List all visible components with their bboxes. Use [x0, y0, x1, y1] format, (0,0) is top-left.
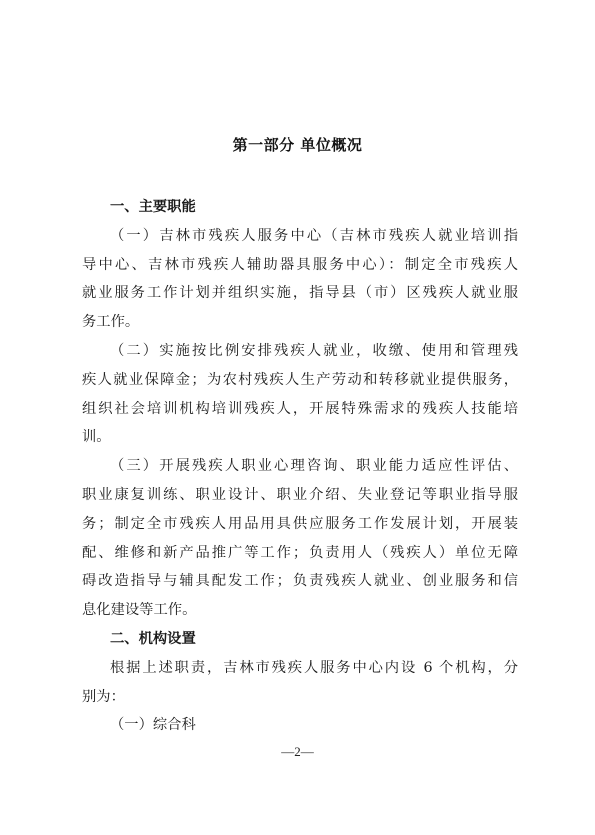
page-title: 第一部分 单位概况: [0, 134, 595, 155]
paragraph-line: 就业服务工作计划并组织实施，指导县（市）区残疾人就业服: [82, 279, 518, 308]
paragraph-line: 别为：: [82, 683, 518, 712]
paragraph-line: （三）开展残疾人职业心理咨询、职业能力适应性评估、: [82, 452, 518, 481]
paragraph-line: 疾人就业保障金；为农村残疾人生产劳动和转移就业提供服务，: [82, 366, 518, 395]
document-body: 一、主要职能 （一）吉林市残疾人服务中心（吉林市残疾人就业培训指 导中心、吉林市…: [82, 193, 518, 740]
paragraph-line: 碍改造指导与辅具配发工作；负责残疾人就业、创业服务和信: [82, 567, 518, 596]
section-heading-main-functions: 一、主要职能: [82, 193, 518, 222]
document-page: 第一部分 单位概况 一、主要职能 （一）吉林市残疾人服务中心（吉林市残疾人就业培…: [0, 0, 595, 835]
paragraph-line: 组织社会培训机构培训残疾人，开展特殊需求的残疾人技能培: [82, 395, 518, 424]
page-number: —2—: [0, 744, 595, 760]
paragraph-line: 息化建设等工作。: [82, 596, 518, 625]
paragraph-line: 职业康复训练、职业设计、职业介绍、失业登记等职业指导服: [82, 481, 518, 510]
list-item-department: （一）综合科: [82, 711, 518, 740]
paragraph-line: 务工作。: [82, 308, 518, 337]
paragraph-line: （一）吉林市残疾人服务中心（吉林市残疾人就业培训指: [82, 222, 518, 251]
paragraph-line: 根据上述职责，吉林市残疾人服务中心内设 6 个机构，分: [82, 654, 518, 683]
paragraph-line: （二）实施按比例安排残疾人就业，收缴、使用和管理残: [82, 337, 518, 366]
paragraph-line: 导中心、吉林市残疾人辅助器具服务中心）：制定全市残疾人: [82, 251, 518, 280]
paragraph-line: 训。: [82, 423, 518, 452]
paragraph-line: 配、维修和新产品推广等工作；负责用人（残疾人）单位无障: [82, 539, 518, 568]
paragraph-line: 务；制定全市残疾人用品用具供应服务工作发展计划，开展装: [82, 510, 518, 539]
section-heading-organization: 二、机构设置: [82, 625, 518, 654]
